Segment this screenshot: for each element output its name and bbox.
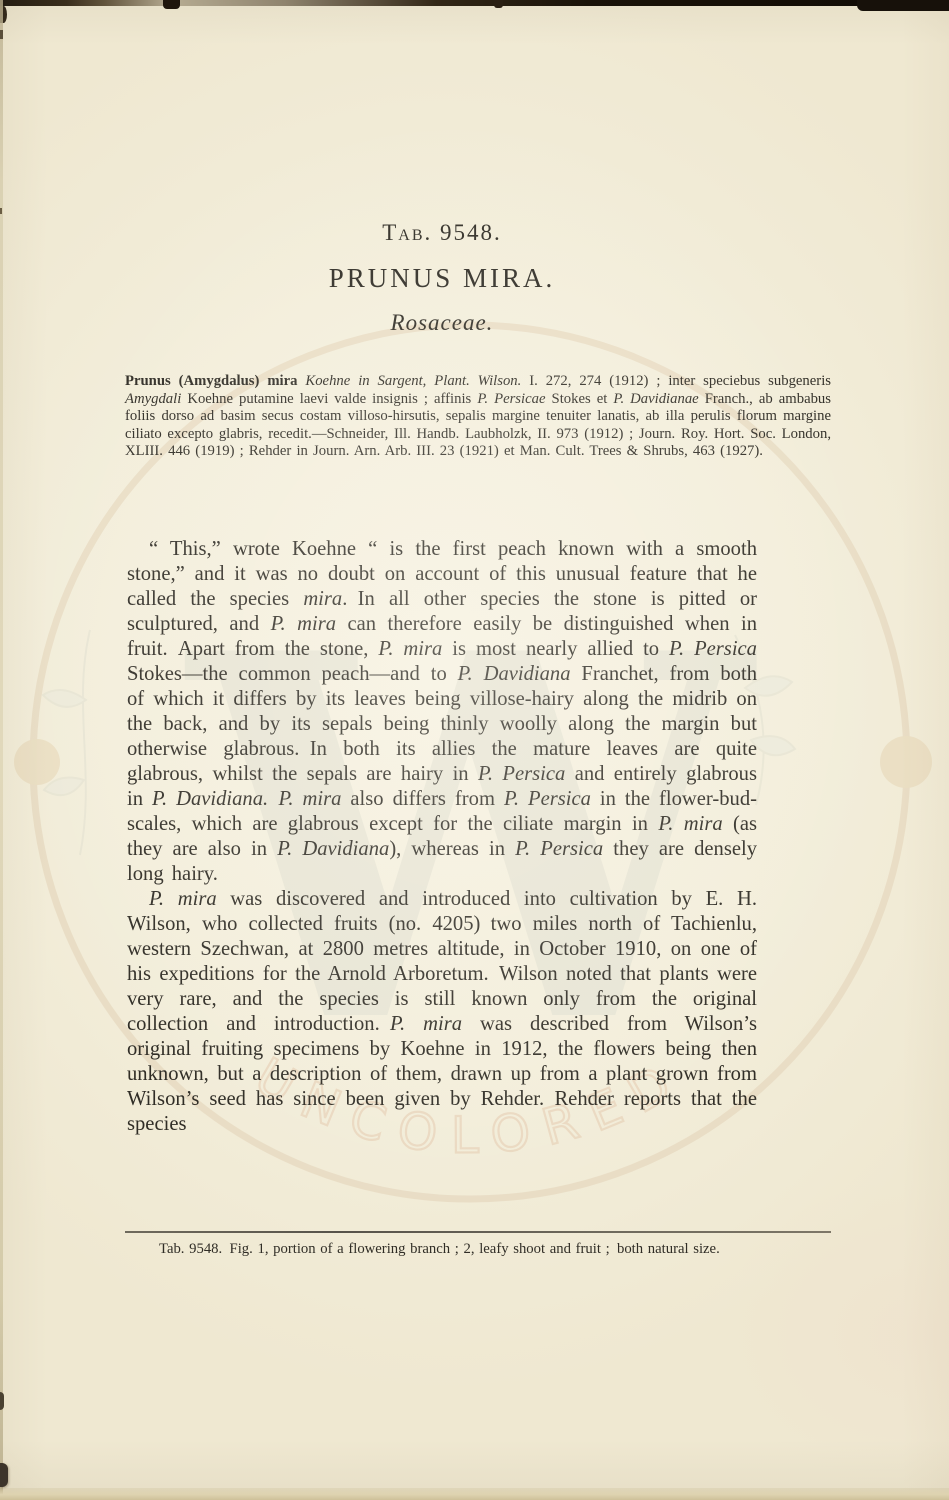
nomenclature-citation: Prunus (Amygdalus) mira Koehne in Sargen…	[125, 373, 831, 461]
body-text: “ This,” wrote Koehne “ is the first pea…	[127, 537, 757, 1137]
plate-header: Tab. 9548. PRUNUS MIRA. Rosaceae.	[127, 220, 757, 336]
body-paragraph-2: P. mira was discovered and introduced in…	[127, 887, 757, 1137]
footnote-divider	[125, 1231, 831, 1233]
scanned-page: W UNCOLORED Tab. 9548. PRUNUS MIRA. Rosa…	[0, 0, 949, 1500]
plate-number: Tab. 9548.	[127, 220, 757, 246]
family-name: Rosaceae.	[127, 310, 757, 336]
page-text-layer: Tab. 9548. PRUNUS MIRA. Rosaceae. Prunus…	[0, 0, 949, 1500]
body-paragraph-1: “ This,” wrote Koehne “ is the first pea…	[127, 537, 757, 887]
footnote: Tab. 9548. Fig. 1, portion of a flowerin…	[125, 1241, 831, 1259]
species-title: PRUNUS MIRA.	[127, 263, 757, 294]
